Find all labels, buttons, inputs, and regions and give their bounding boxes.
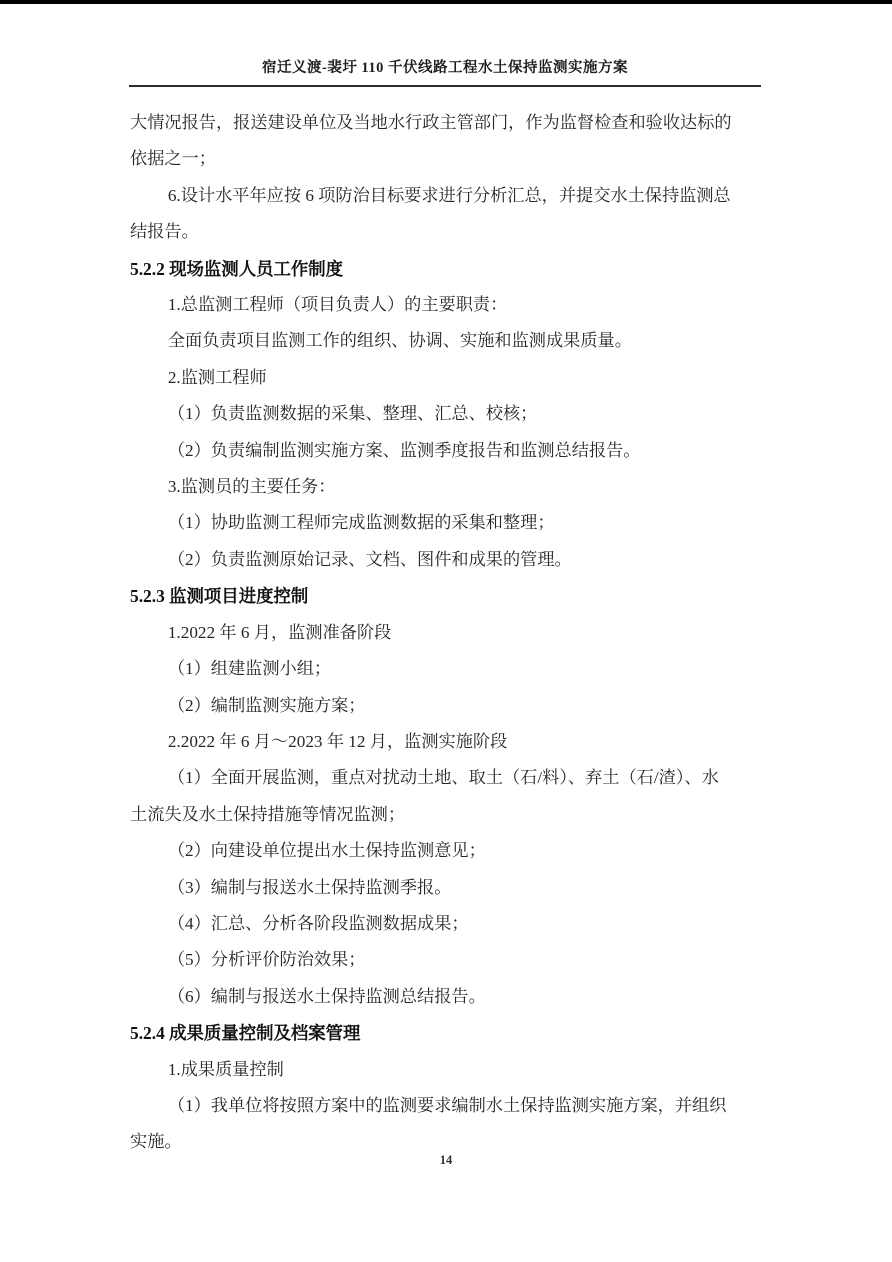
paragraph: 全面负责项目监测工作的组织、协调、实施和监测成果质量。 [130,323,762,359]
page-number: 14 [0,1150,892,1170]
paragraph: （2）向建设单位提出水土保持监测意见； [130,833,762,869]
document-page: 宿迁义渡-裴圩 110 千伏线路工程水土保持监测实施方案 大情况报告，报送建设单… [0,0,892,1262]
paragraph: （1）协助监测工程师完成监测数据的采集和整理； [130,505,762,541]
paragraph: 6.设计水平年应按 6 项防治目标要求进行分析汇总，并提交水土保持监测总 结报告… [130,178,762,251]
paragraph: （2）编制监测实施方案； [130,688,762,724]
paragraph: （6）编制与报送水土保持监测总结报告。 [130,979,762,1015]
paragraph: （2）负责监测原始记录、文档、图件和成果的管理。 [130,542,762,578]
document-body: 大情况报告，报送建设单位及当地水行政主管部门，作为监督检查和验收达标的 依据之一… [130,105,762,1161]
paragraph: （4）汇总、分析各阶段监测数据成果； [130,906,762,942]
scan-edge-artifact [0,0,892,4]
section-heading-5-2-3: 5.2.3 监测项目进度控制 [130,578,762,614]
paragraph: 2.2022 年 6 月～2023 年 12 月，监测实施阶段 [130,724,762,760]
paragraph: 1.总监测工程师（项目负责人）的主要职责： [130,287,762,323]
paragraph: 3.监测员的主要任务： [130,469,762,505]
section-heading-5-2-4: 5.2.4 成果质量控制及档案管理 [130,1015,762,1051]
paragraph: （2）负责编制监测实施方案、监测季度报告和监测总结报告。 [130,433,762,469]
page-header-title: 宿迁义渡-裴圩 110 千伏线路工程水土保持监测实施方案 [129,58,761,87]
paragraph: （1）组建监测小组； [130,651,762,687]
paragraph: （1）全面开展监测，重点对扰动土地、取土（石/料）、弃土（石/渣）、水 土流失及… [130,760,762,833]
paragraph: （5）分析评价防治效果； [130,942,762,978]
paragraph: （3）编制与报送水土保持监测季报。 [130,870,762,906]
paragraph-continuation: 大情况报告，报送建设单位及当地水行政主管部门，作为监督检查和验收达标的 依据之一… [130,105,762,178]
paragraph: 1.2022 年 6 月，监测准备阶段 [130,615,762,651]
paragraph: （1）负责监测数据的采集、整理、汇总、校核； [130,396,762,432]
paragraph: 1.成果质量控制 [130,1052,762,1088]
section-heading-5-2-2: 5.2.2 现场监测人员工作制度 [130,251,762,287]
paragraph: 2.监测工程师 [130,360,762,396]
